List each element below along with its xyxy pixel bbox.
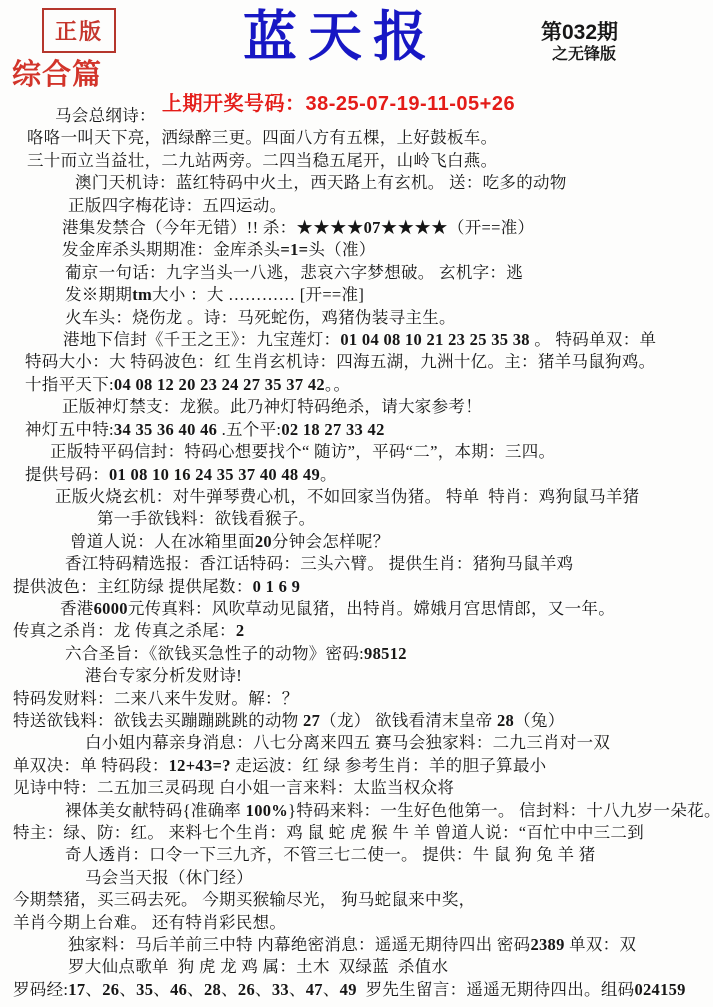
text-line: 正版四字梅花诗：五四运动。 <box>0 195 713 217</box>
text-line: 提供号码：01 08 10 16 24 35 37 40 48 49。 <box>0 464 713 486</box>
text-line: 单双决：单 特码段：12+43=? 走运波：红 绿 参考生肖：羊的胆子算最小 <box>0 755 713 777</box>
text-line: 咯咯一叫天下亮，洒绿醉三更。四面八方有五棵，上好鼓板车。 <box>0 127 713 149</box>
text-line: 见诗中特：二五加三灵码现 白小姐一言来料：太监当权众将 <box>0 777 713 799</box>
text-line: 特主：绿、防：红。 来料七个生肖：鸡 鼠 蛇 虎 猴 牛 羊 曾道人说：“百忙中… <box>0 822 713 844</box>
text-line: 罗码经:17、26、35、46、28、26、33、47、49 罗先生留言：遥遥无… <box>0 979 713 1001</box>
text-line: 三十而立当益壮，二九站两旁。二四当稳五尾开，山岭飞白燕。 <box>0 150 713 172</box>
text-line: 港集发禁合（今年无错）!! 杀：★★★★07★★★★（开==准） <box>0 217 713 239</box>
text-line: 发※期期tm大小 ：大 ………… [开==准] <box>0 284 713 306</box>
body-lines: 马会总纲诗：咯咯一叫天下亮，洒绿醉三更。四面八方有五棵，上好鼓板车。三十而立当益… <box>0 105 713 1001</box>
text-line: 特送欲钱料：欲钱去买蹦蹦跳跳的动物 27（龙） 欲钱看清末皇帝 28（兔） <box>0 710 713 732</box>
text-line: 奇人透肖：口令一下三九齐，不管三七二使一。 提供：牛 鼠 狗 兔 羊 猪 <box>0 844 713 866</box>
text-line: 第一手欲钱料：欲钱看猴子。 <box>0 508 713 530</box>
authentic-stamp: 正版 <box>42 8 116 53</box>
text-line: 裸体美女献特码{准确率 100%}特码来料：一生好色他第一。 信封料：十八九岁一… <box>0 800 713 822</box>
text-line: 港地下信封《千王之王》：九宝莲灯：01 04 08 10 21 23 25 35… <box>0 329 713 351</box>
text-line: 发金库杀头期期准：金库杀头=1=头（准） <box>0 239 713 261</box>
page-title: 蓝天报 <box>243 0 438 71</box>
text-line: 六合圣旨：《欲钱买急性子的动物》密码:98512 <box>0 643 713 665</box>
text-line: 香港6000元传真料：风吹草动见鼠猪，出特肖。嫦娥月宫思情郎，又一年。 <box>0 598 713 620</box>
text-line: 特码发财料：二来八来牛发财。解：？ <box>0 688 713 710</box>
text-line: 独家料：马后羊前三中特 内幕绝密消息：遥遥无期待四出 密码2389 单双：双 <box>0 934 713 956</box>
edition-label: 之无锋版 <box>552 41 616 64</box>
text-line: 传真之杀肖：龙 传真之杀尾：2 <box>0 620 713 642</box>
text-line: 罗大仙点歌单 狗 虎 龙 鸡 属：土木 双绿蓝 杀值水 <box>0 956 713 978</box>
text-line: 特码大小：大 特码波色：红 生肖玄机诗：四海五湖，九洲十亿。主：猪羊马鼠狗鸡。 <box>0 351 713 373</box>
text-line: 葡京一句话：九字当头一八逃，悲哀六字梦想破。 玄机字：逃 <box>0 262 713 284</box>
text-line: 澳门天机诗：蓝红特码中火土，西天路上有玄机。 送：吃多的动物 <box>0 172 713 194</box>
text-line: 正版神灯禁支：龙猴。此乃神灯特码绝杀，请大家参考！ <box>0 396 713 418</box>
section-title: 综合篇 <box>12 52 102 93</box>
text-line: 正版火烧玄机：对牛弹琴费心机，不如回家当伪猪。 特单 特肖：鸡狗鼠马羊猪 <box>0 486 713 508</box>
text-line: 白小姐内幕亲身消息：八七分离来四五 赛马会独家料：二九三肖对一双 <box>0 732 713 754</box>
text-line: 曾道人说：人在冰箱里面20分钟会怎样呢？ <box>0 531 713 553</box>
text-line: 火车头：烧伤龙 。诗：马死蛇伤，鸡猪伪装寻主生。 <box>0 307 713 329</box>
text-line: 提供波色：主红防绿 提供尾数：0 1 6 9 <box>0 576 713 598</box>
text-line: 神灯五中特:34 35 36 40 46 .五个平:02 18 27 33 42 <box>0 419 713 441</box>
authentic-stamp-label: 正版 <box>55 19 103 44</box>
text-line: 正版特平码信封：特码心想要找个“ 随访”，平码“二”，本期：三四。 <box>0 441 713 463</box>
text-line: 马会总纲诗： <box>0 105 713 127</box>
text-line: 马会当天报（休门经） <box>0 867 713 889</box>
text-line: 羊肖今期上台难。 还有特肖彩民想。 <box>0 912 713 934</box>
newspaper-page: 正版 蓝天报 第032期 之无锋版 综合篇 上期开奖号码：38-25-07-19… <box>0 0 713 1007</box>
text-line: 今期禁猪，买三码去死。 今期买猴输尽光， 狗马蛇鼠来中奖， <box>0 889 713 911</box>
text-line: 十指平天下:04 08 12 20 23 24 27 35 37 42。。 <box>0 374 713 396</box>
text-line: 港台专家分析发财诗! <box>0 665 713 687</box>
text-line: 香江特码精选报：香江话特码：三头六臂。 提供生肖：猪狗马鼠羊鸡 <box>0 553 713 575</box>
